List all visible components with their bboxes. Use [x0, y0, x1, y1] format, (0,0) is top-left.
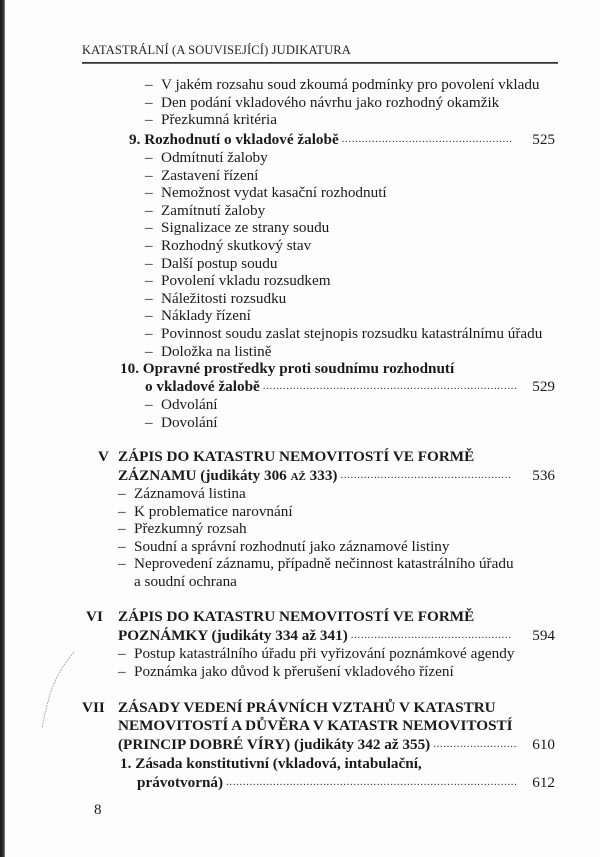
toc-subitem: Den podání vkladového návrhu jako rozhod… [145, 94, 499, 111]
toc-entry-VII-1: 1. Zásada konstitutivní (vkladová, intab… [120, 755, 422, 772]
chapter-numeral: VII [82, 699, 105, 716]
toc-subitem: V jakém rozsahu soud zkoumá podmínky pro… [145, 76, 540, 93]
toc-subitem: Neprovedení záznamu, případně nečinnost … [118, 555, 514, 572]
toc-subitem: Rozhodný skutkový stav [145, 237, 311, 254]
small-caps: AŽ [291, 471, 306, 483]
header-rule [82, 62, 558, 64]
toc-subitem: Nemožnost vydat kasační rozhodnutí [145, 184, 387, 201]
toc-subitem: Poznámka jako důvod k přerušení vkladové… [118, 663, 454, 680]
toc-chapter-VII: ZÁSADY VEDENÍ PRÁVNÍCH VZTAHŮ V KATASTRU [118, 699, 496, 716]
chapter-numeral: V [98, 448, 109, 465]
page-ref[interactable]: 594 [515, 627, 555, 644]
page-ref[interactable]: 525 [515, 131, 555, 148]
toc-chapter-VII-cont2[interactable]: (PRINCIP DOBRÉ VÍRY) (judikáty 342 až 35… [118, 736, 430, 753]
toc-subitem: Přezkumná kritéria [145, 111, 277, 128]
toc-subitem: Záznamová listina [118, 485, 246, 502]
toc-entry-section-10-cont[interactable]: o vkladové žalobě [145, 378, 260, 395]
chapter-numeral: VI [86, 608, 103, 625]
page-ref[interactable]: 610 [515, 736, 555, 753]
toc-subitem: Zamítnutí žaloby [145, 202, 265, 219]
toc-chapter-V: ZÁPIS DO KATASTRU NEMOVITOSTÍ VE FORMĚ [118, 448, 474, 465]
toc-subitem: Povolení vkladu rozsudkem [145, 272, 331, 289]
dot-leader: ........................................… [340, 467, 512, 484]
toc-subitem: Dovolání [145, 414, 218, 431]
page-number: 8 [94, 802, 102, 819]
pencil-mark [38, 650, 78, 730]
toc-chapter-VII-cont: NEMOVITOSTÍ A DŮVĚRA V KATASTR NEMOVITOS… [118, 717, 513, 734]
toc-entry-section-9[interactable]: 9. Rozhodnutí o vkladové žalobě [129, 131, 339, 148]
toc-subitem: Zastavení řízení [145, 167, 258, 184]
toc-subitem: Další postup soudu [145, 255, 277, 272]
toc-subitem: Náležitosti rozsudku [145, 290, 286, 307]
toc-subitem: Přezkumný rozsah [118, 520, 247, 537]
toc-subitem: Signalizace ze strany soudu [145, 219, 329, 236]
toc-subitem: Postup katastrálního úřadu při vyřizován… [118, 645, 514, 662]
dot-leader: ........................................… [263, 378, 516, 395]
running-header: KATASTRÁLNÍ (A SOUVISEJÍCÍ) JUDIKATURA [82, 43, 558, 58]
toc-subitem: Doložka na listině [145, 343, 272, 360]
page-ref[interactable]: 612 [515, 774, 555, 791]
toc-subitem: Odvolání [145, 396, 218, 413]
dot-leader: ........................................… [226, 774, 518, 791]
toc-subitem: K problematice narovnání [118, 503, 293, 520]
scan-edge [0, 0, 5, 857]
toc-subitem-cont: a soudní ochrana [134, 573, 237, 590]
toc-entry-section-10: 10. Opravné prostředky proti soudnímu ro… [120, 360, 454, 377]
dot-leader: ........................................… [433, 736, 518, 753]
toc-subitem: Náklady řízení [145, 307, 251, 324]
toc-entry-VII-1-cont[interactable]: právotvorná) [137, 774, 223, 791]
toc-subitem: Odmítnutí žaloby [145, 149, 268, 166]
page-ref[interactable]: 529 [515, 378, 555, 395]
toc-chapter-VI-cont[interactable]: POZNÁMKY (judikáty 334 až 341) [118, 627, 348, 644]
dot-leader: ........................................… [351, 627, 512, 644]
toc-subitem: Povinnost soudu zaslat stejnopis rozsudk… [145, 325, 542, 342]
page-ref[interactable]: 536 [515, 467, 555, 484]
dot-leader: ........................................… [342, 131, 512, 148]
toc-chapter-VI: ZÁPIS DO KATASTRU NEMOVITOSTÍ VE FORMĚ [118, 608, 474, 625]
toc-chapter-V-cont[interactable]: ZÁZNAMU (judikáty 306 AŽ 333) [118, 467, 337, 486]
toc-subitem: Soudní a správní rozhodnutí jako záznamo… [118, 538, 450, 555]
